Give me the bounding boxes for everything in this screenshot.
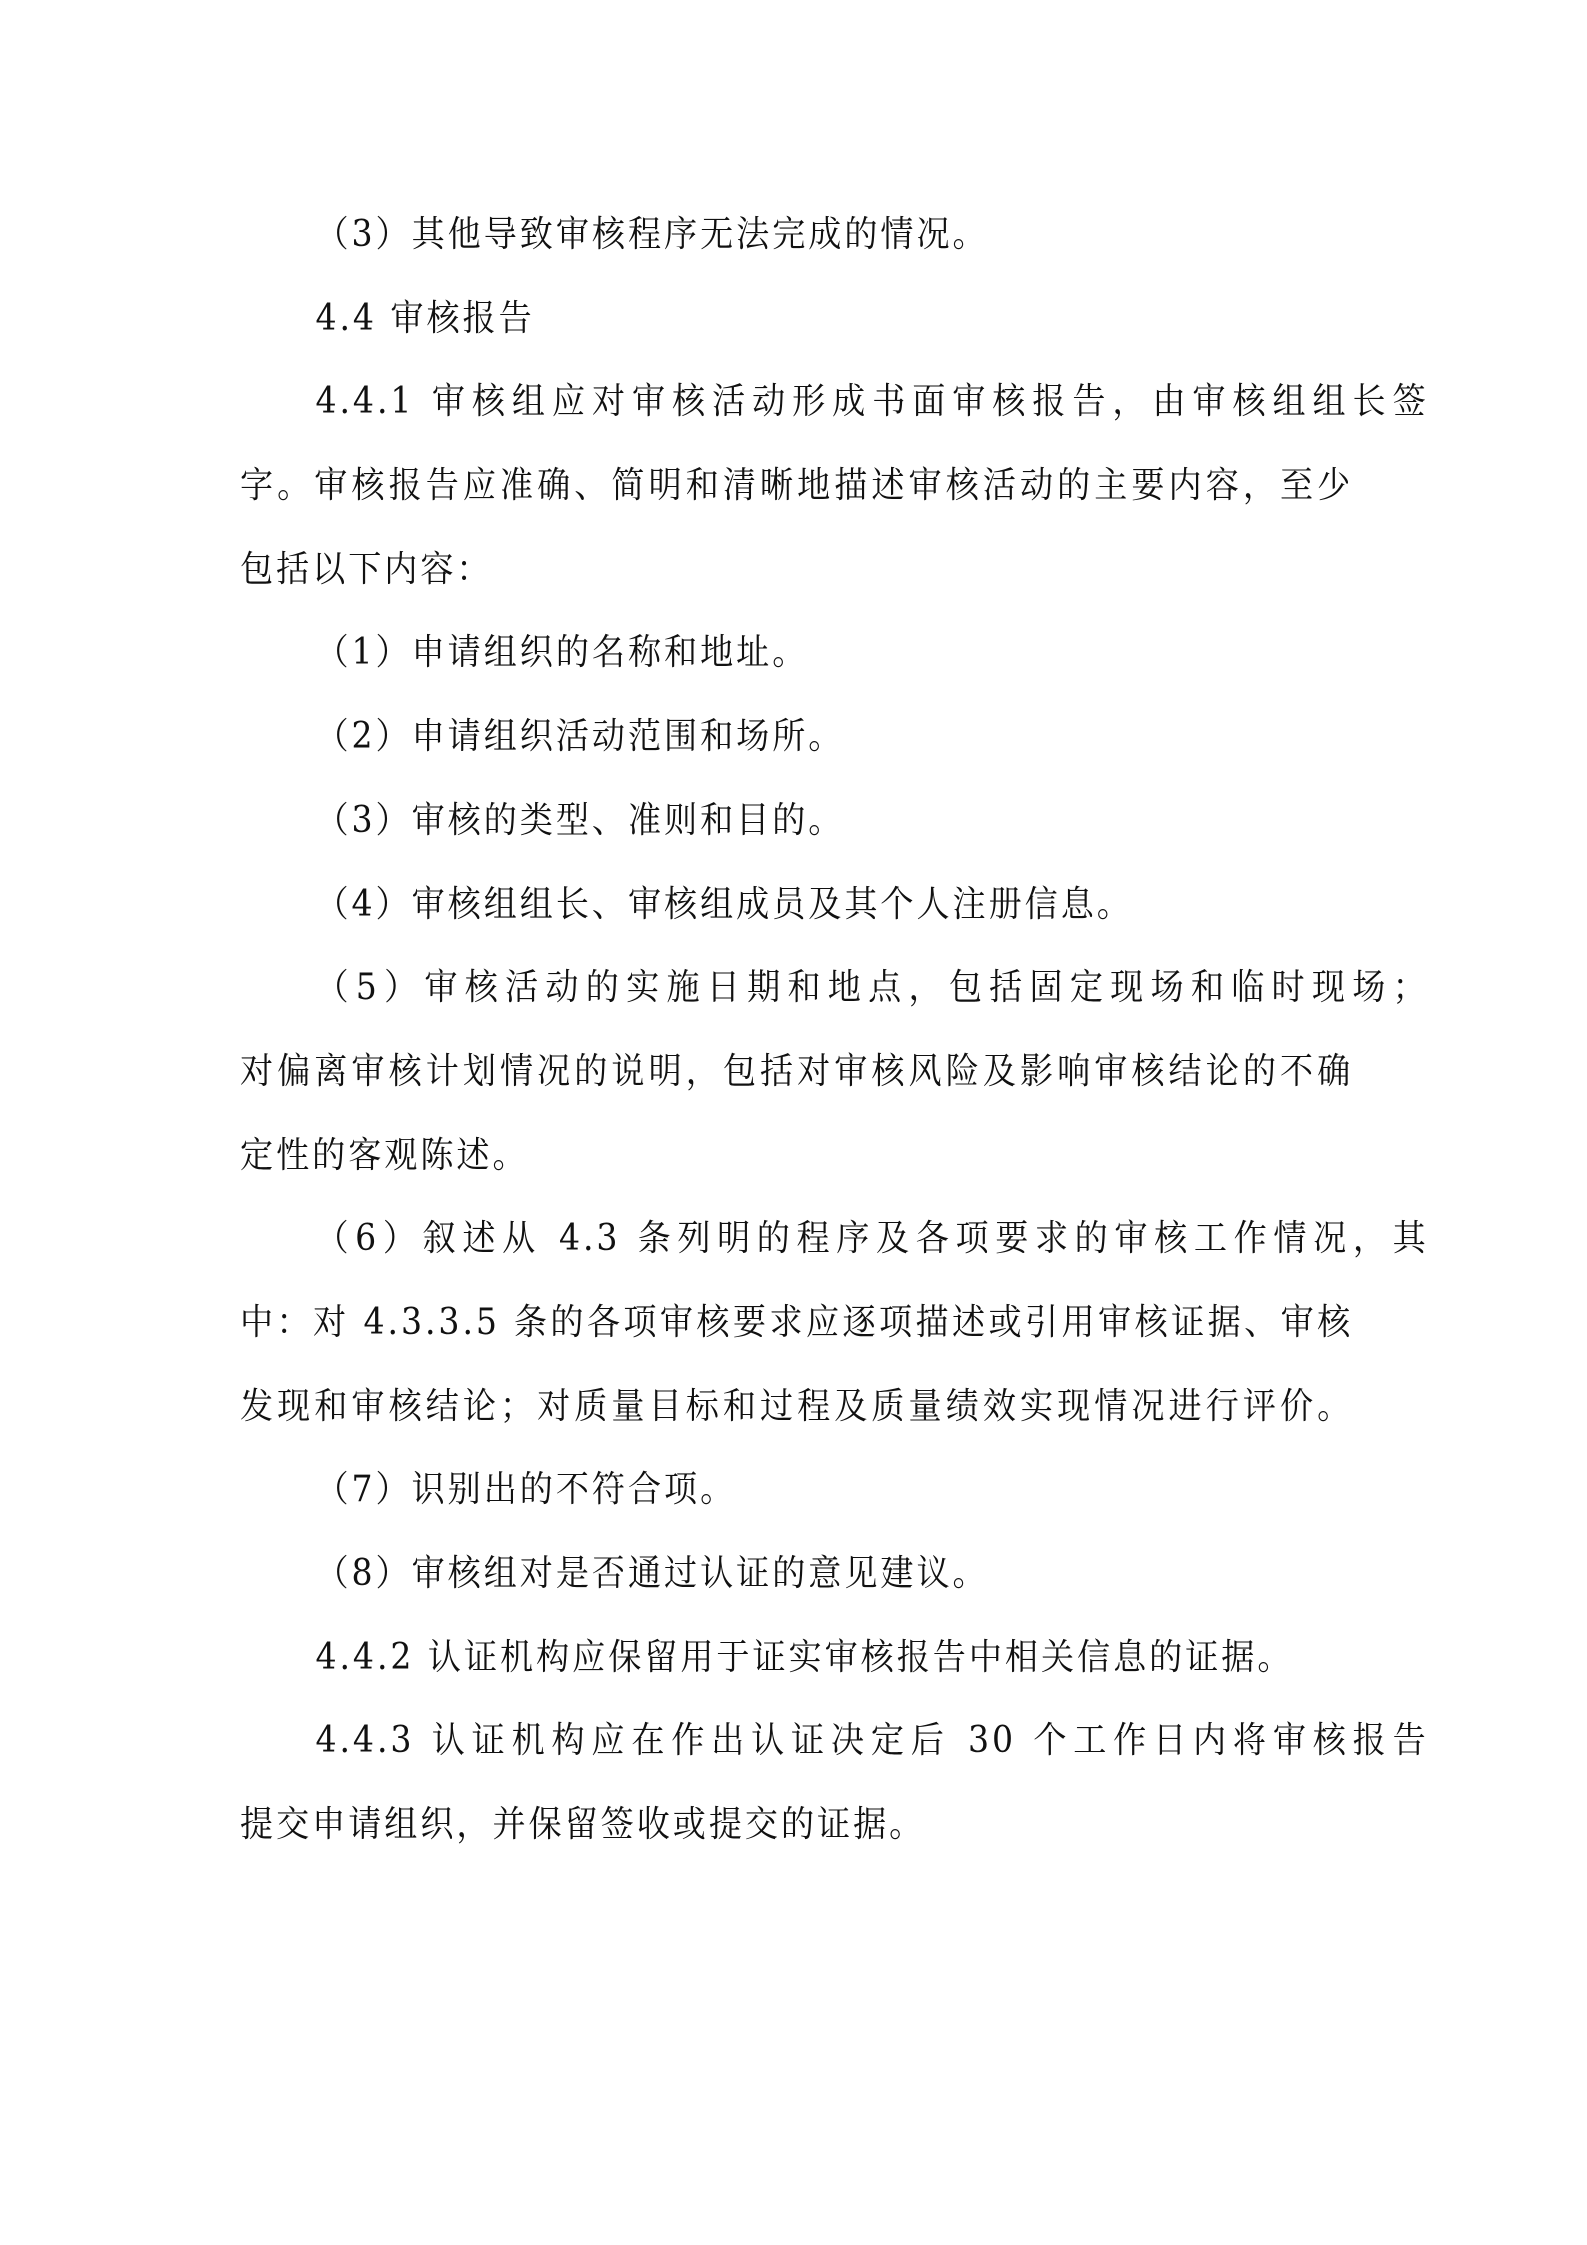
list-item-4: （4）审核组组长、审核组成员及其个人注册信息。 bbox=[240, 863, 1269, 947]
paragraph-4-4-1-line-1: 4.4.1 审核组应对审核活动形成书面审核报告，由审核组组长签 bbox=[240, 360, 1429, 444]
paragraph-4-4-2: 4.4.2 认证机构应保留用于证实审核报告中相关信息的证据。 bbox=[240, 1616, 1269, 1700]
list-item-7: （7）识别出的不符合项。 bbox=[240, 1448, 1269, 1532]
document-page: （3）其他导致审核程序无法完成的情况。 4.4 审核报告 4.4.1 审核组应对… bbox=[240, 193, 1358, 1867]
paragraph-4-4-1-line-2: 字。审核报告应准确、简明和清晰地描述审核活动的主要内容，至少 bbox=[240, 444, 1353, 528]
list-item-5-line-2: 对偏离审核计划情况的说明，包括对审核风险及影响审核结论的不确 bbox=[240, 1030, 1353, 1114]
section-heading-4-4: 4.4 审核报告 bbox=[240, 277, 1269, 361]
paragraph-4-4-1-line-3: 包括以下内容： bbox=[240, 528, 1269, 612]
list-item-3: （3）审核的类型、准则和目的。 bbox=[240, 779, 1269, 863]
list-item-6-line-3: 发现和审核结论；对质量目标和过程及质量绩效实现情况进行评价。 bbox=[240, 1365, 1353, 1449]
list-item-8: （8）审核组对是否通过认证的意见建议。 bbox=[240, 1532, 1269, 1616]
paragraph-4-4-3-line-1: 4.4.3 认证机构应在作出认证决定后 30 个工作日内将审核报告 bbox=[240, 1699, 1429, 1783]
list-item-5-line-3: 定性的客观陈述。 bbox=[240, 1114, 1269, 1198]
list-item-5-line-1: （5）审核活动的实施日期和地点，包括固定现场和临时现场； bbox=[240, 946, 1429, 1030]
list-item-6-line-2: 中：对 4.3.3.5 条的各项审核要求应逐项描述或引用审核证据、审核 bbox=[240, 1281, 1353, 1365]
list-item-1: （1）申请组织的名称和地址。 bbox=[240, 611, 1269, 695]
paragraph-4-4-3-line-2: 提交申请组织，并保留签收或提交的证据。 bbox=[240, 1783, 1269, 1867]
list-item-6-line-1: （6）叙述从 4.3 条列明的程序及各项要求的审核工作情况，其 bbox=[240, 1197, 1429, 1281]
list-item-2: （2）申请组织活动范围和场所。 bbox=[240, 695, 1269, 779]
list-item-3-other-cases: （3）其他导致审核程序无法完成的情况。 bbox=[240, 193, 1269, 277]
